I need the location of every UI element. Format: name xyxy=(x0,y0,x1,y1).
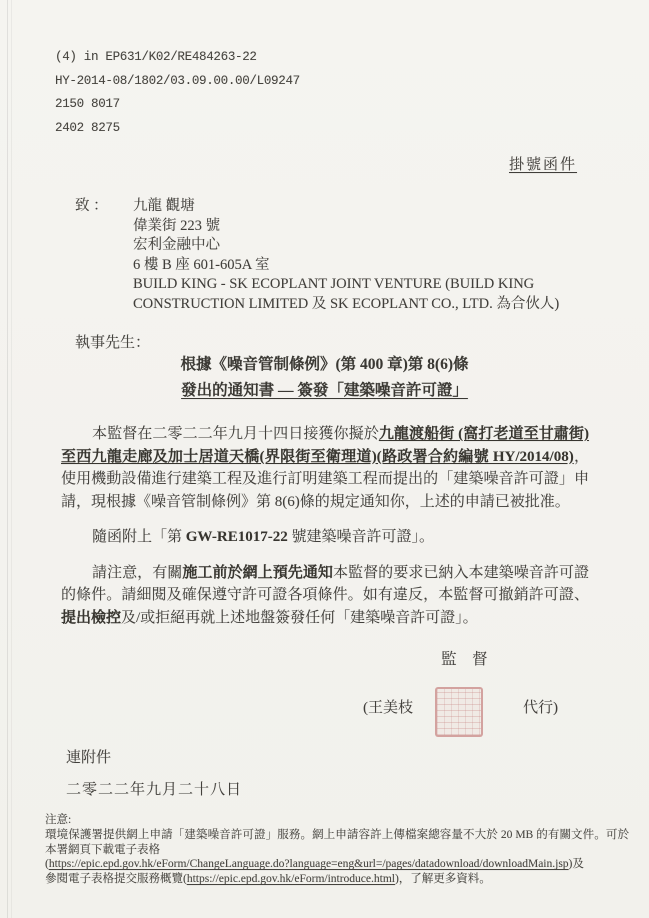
recipient-address-block: 致 ： 九龍 觀塘 偉業街 223 號 宏利金融中心 6 樓 B 座 601-6… xyxy=(75,197,559,314)
text-run: 本監督在二零二二年九月十四日接獲你擬於 xyxy=(92,426,379,442)
fax-number: 2402 8275 xyxy=(55,117,300,141)
salutation: 執事先生： xyxy=(75,331,150,352)
text-run: 請注意，有關 xyxy=(92,565,182,581)
phone-number: 2150 8017 xyxy=(55,93,300,117)
official-seal-stamp-icon xyxy=(435,687,483,737)
address-line: 宏利金融中心 xyxy=(133,236,559,256)
text-run: https://epic.epd.gov.hk/eForm/introduce.… xyxy=(187,873,395,885)
enclosure-note: 連附件 xyxy=(66,746,111,767)
address-lines: 九龍 觀塘 偉業街 223 號 宏利金融中心 6 樓 B 座 601-605A … xyxy=(133,197,559,314)
paragraph-permit-enclosed: 隨函附上「第 GW-RE1017-22 號建築噪音許可證」。 xyxy=(61,526,589,549)
scan-artifact-line xyxy=(11,0,12,918)
letter-body: 本監督在二零二二年九月十四日接獲你擬於九龍渡船街 (窩打老道至甘肅街)至西九龍走… xyxy=(61,423,589,642)
scanned-letter-page: (4) in EP631/K02/RE484263-22 HY-2014-08/… xyxy=(0,0,649,918)
address-line: BUILD KING - SK ECOPLANT JOINT VENTURE (… xyxy=(133,275,559,295)
paragraph-conditions-warning: 請注意，有關施工前於網上預先通知本監督的要求已納入本建築噪音許可證的條件。請細閱… xyxy=(61,562,589,630)
paragraph-application-approved: 本監督在二零二二年九月十四日接獲你擬於九龍渡船街 (窩打老道至甘肅街)至西九龍走… xyxy=(61,423,589,513)
signatory-title: 監 督 xyxy=(441,647,488,669)
subject-line-1: 根據《噪音管制條例》(第 400 章)第 8(6)條 xyxy=(0,352,649,378)
letter-date: 二零二二年九月二十八日 xyxy=(66,778,242,799)
text-run: )，了解更多資料。 xyxy=(395,873,491,885)
subject-line-2: 發出的通知書 — 簽發「建築噪音許可證」 xyxy=(0,378,649,404)
text-run: 參閱電子表格提交服務概覽( xyxy=(45,873,187,885)
address-line: 6 樓 B 座 601-605A 室 xyxy=(133,256,559,276)
text-run: 環境保護署提供網上申請「建築噪音許可證」服務。網上申請容許上傳檔案總容量不大於 … xyxy=(45,829,629,856)
address-line: 偉業街 223 號 xyxy=(133,217,559,237)
footnote-label: 注意: xyxy=(45,813,629,828)
file-reference: (4) in EP631/K02/RE484263-22 xyxy=(55,46,300,70)
text-run: 提出檢控 xyxy=(61,610,121,626)
signed-on-behalf-label: 代行) xyxy=(523,696,558,717)
address-line: 九龍 觀塘 xyxy=(133,197,559,217)
text-run: 號建築噪音許可證」。 xyxy=(288,529,434,545)
text-run: 隨函附上「第 xyxy=(92,529,186,545)
reference-numbers-block: (4) in EP631/K02/RE484263-22 HY-2014-08/… xyxy=(55,46,300,140)
file-reference: HY-2014-08/1802/03.09.00.00/L09247 xyxy=(55,70,300,94)
footnote-text: 環境保護署提供網上申請「建築噪音許可證」服務。網上申請容許上傳檔案總容量不大於 … xyxy=(45,829,629,885)
registered-mail-label: 掛號函件 xyxy=(509,153,577,174)
footnote: 注意: 環境保護署提供網上申請「建築噪音許可證」服務。網上申請容許上傳檔案總容量… xyxy=(45,813,629,887)
scan-artifact-line xyxy=(7,0,8,918)
text-run: https://epic.epd.gov.hk/eForm/ChangeLang… xyxy=(49,858,569,870)
to-label: 致 ： xyxy=(75,197,108,217)
text-run: GW-RE1017-22 xyxy=(186,529,288,545)
text-run: 施工前於網上預先通知 xyxy=(182,565,333,581)
address-line: CONSTRUCTION LIMITED 及 SK ECOPLANT CO., … xyxy=(133,295,559,315)
signatory-name: (王美枝 xyxy=(363,696,413,717)
text-run: 及/或拒絕再就上述地盤簽發任何「建築噪音許可證」。 xyxy=(121,610,478,626)
text-run: )及 xyxy=(569,858,584,870)
subject-heading: 根據《噪音管制條例》(第 400 章)第 8(6)條 發出的通知書 — 簽發「建… xyxy=(0,352,649,404)
